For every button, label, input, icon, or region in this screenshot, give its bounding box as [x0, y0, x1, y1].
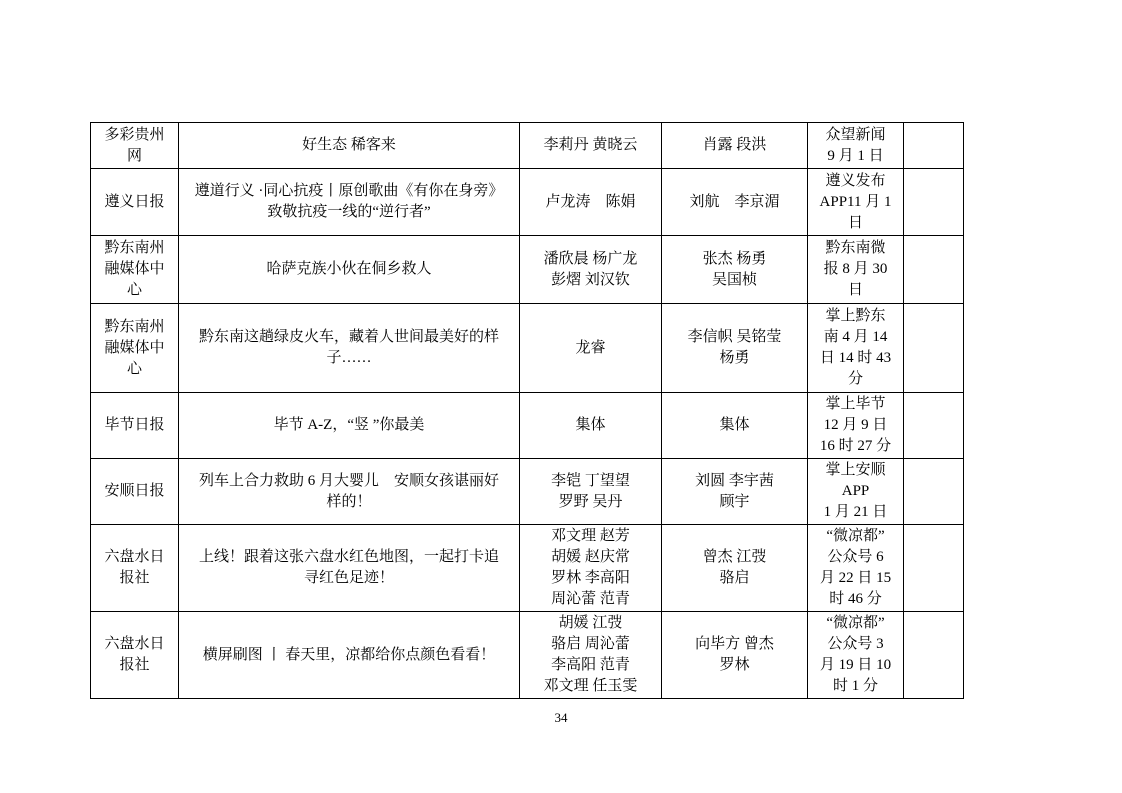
title-cell: 遵道行义 ·同心抗疫丨原创歌曲《有你在身旁》 致敬抗疫一线的“逆行者”	[179, 169, 520, 236]
media-cell: 六盘水日 报社	[91, 612, 179, 699]
empty-cell	[904, 525, 964, 612]
authors-cell: 邓文理 赵芳 胡媛 赵庆常 罗林 李高阳 周沁蕾 范青	[520, 525, 662, 612]
publication-cell: 掌上黔东 南 4 月 14 日 14 时 43 分	[808, 304, 904, 393]
title-cell: 好生态 稀客来	[179, 123, 520, 169]
media-cell: 毕节日报	[91, 393, 179, 459]
editors-cell: 曾杰 江弢 骆启	[662, 525, 808, 612]
publication-cell: “微凉都” 公众号 3 月 19 日 10 时 1 分	[808, 612, 904, 699]
empty-cell	[904, 459, 964, 525]
authors-cell: 李铠 丁望望 罗野 吴丹	[520, 459, 662, 525]
editors-cell: 李信帜 吴铭莹 杨勇	[662, 304, 808, 393]
publication-cell: 掌上毕节 12 月 9 日 16 时 27 分	[808, 393, 904, 459]
authors-cell: 集体	[520, 393, 662, 459]
editors-cell: 刘圆 李宇茜 顾宇	[662, 459, 808, 525]
media-cell: 黔东南州 融媒体中 心	[91, 236, 179, 304]
publication-cell: 掌上安顺 APP 1 月 21 日	[808, 459, 904, 525]
table-row: 安顺日报 列车上合力救助 6 月大婴儿 安顺女孩谌丽好 样的！ 李铠 丁望望 罗…	[91, 459, 964, 525]
title-cell: 黔东南这趟绿皮火车，藏着人世间最美好的样 子……	[179, 304, 520, 393]
editors-cell: 集体	[662, 393, 808, 459]
empty-cell	[904, 612, 964, 699]
authors-cell: 龙睿	[520, 304, 662, 393]
document-page: 多彩贵州 网 好生态 稀客来 李莉丹 黄晓云 肖露 段洪 众望新闻 9 月 1 …	[0, 0, 1122, 793]
authors-cell: 潘欣晨 杨广龙 彭熠 刘汉钦	[520, 236, 662, 304]
empty-cell	[904, 236, 964, 304]
editors-cell: 肖露 段洪	[662, 123, 808, 169]
empty-cell	[904, 123, 964, 169]
publication-cell: 遵义发布 APP11 月 1 日	[808, 169, 904, 236]
page-number: 34	[0, 710, 1122, 726]
authors-cell: 卢龙涛 陈娟	[520, 169, 662, 236]
title-cell: 上线！跟着这张六盘水红色地图，一起打卡追 寻红色足迹！	[179, 525, 520, 612]
title-cell: 列车上合力救助 6 月大婴儿 安顺女孩谌丽好 样的！	[179, 459, 520, 525]
media-cell: 黔东南州 融媒体中 心	[91, 304, 179, 393]
table-row: 多彩贵州 网 好生态 稀客来 李莉丹 黄晓云 肖露 段洪 众望新闻 9 月 1 …	[91, 123, 964, 169]
media-cell: 遵义日报	[91, 169, 179, 236]
empty-cell	[904, 393, 964, 459]
table-row: 六盘水日 报社 横屏刷图 丨 春天里，凉都给你点颜色看看！ 胡媛 江弢 骆启 周…	[91, 612, 964, 699]
empty-cell	[904, 304, 964, 393]
media-cell: 安顺日报	[91, 459, 179, 525]
table-row: 六盘水日 报社 上线！跟着这张六盘水红色地图，一起打卡追 寻红色足迹！ 邓文理 …	[91, 525, 964, 612]
title-cell: 哈萨克族小伙在侗乡救人	[179, 236, 520, 304]
table-row: 遵义日报 遵道行义 ·同心抗疫丨原创歌曲《有你在身旁》 致敬抗疫一线的“逆行者”…	[91, 169, 964, 236]
table-row: 毕节日报 毕节 A-Z，“竖 ”你最美 集体 集体 掌上毕节 12 月 9 日 …	[91, 393, 964, 459]
title-cell: 横屏刷图 丨 春天里，凉都给你点颜色看看！	[179, 612, 520, 699]
media-cell: 多彩贵州 网	[91, 123, 179, 169]
table-row: 黔东南州 融媒体中 心 哈萨克族小伙在侗乡救人 潘欣晨 杨广龙 彭熠 刘汉钦 张…	[91, 236, 964, 304]
news-credits-table: 多彩贵州 网 好生态 稀客来 李莉丹 黄晓云 肖露 段洪 众望新闻 9 月 1 …	[90, 122, 964, 699]
table-row: 黔东南州 融媒体中 心 黔东南这趟绿皮火车，藏着人世间最美好的样 子…… 龙睿 …	[91, 304, 964, 393]
editors-cell: 张杰 杨勇 吴国桢	[662, 236, 808, 304]
empty-cell	[904, 169, 964, 236]
publication-cell: 黔东南微 报 8 月 30 日	[808, 236, 904, 304]
editors-cell: 向毕方 曾杰 罗林	[662, 612, 808, 699]
authors-cell: 胡媛 江弢 骆启 周沁蕾 李高阳 范青 邓文理 任玉雯	[520, 612, 662, 699]
media-cell: 六盘水日 报社	[91, 525, 179, 612]
publication-cell: “微凉都” 公众号 6 月 22 日 15 时 46 分	[808, 525, 904, 612]
editors-cell: 刘航 李京湄	[662, 169, 808, 236]
authors-cell: 李莉丹 黄晓云	[520, 123, 662, 169]
title-cell: 毕节 A-Z，“竖 ”你最美	[179, 393, 520, 459]
publication-cell: 众望新闻 9 月 1 日	[808, 123, 904, 169]
